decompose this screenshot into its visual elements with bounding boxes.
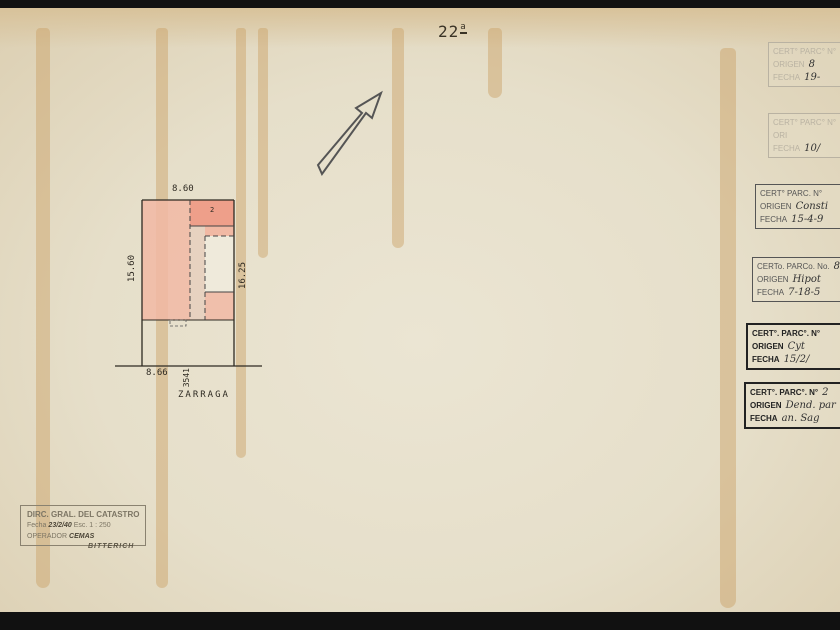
room-label: 2 xyxy=(210,206,214,214)
stamp-fecha-value: 19- xyxy=(804,71,820,84)
stamp-fecha-label: FECHA xyxy=(773,71,800,84)
cert-stamp-6: CERT°. PARC°. N°2 ORIGENDend. par FECHAa… xyxy=(744,382,840,429)
cert-stamp-3: CERT° PARC. N° ORIGENConsti FECHA15-4-9 xyxy=(755,184,840,229)
stamp-origen-label: ORIGEN xyxy=(760,200,792,213)
catastro-fecha-label: Fecha xyxy=(27,522,46,529)
cert-stamp-4: CERTo. PARCo. No.8- ORIGENHipot FECHA7-1… xyxy=(752,257,840,302)
stamp-origen-label: ORIGEN xyxy=(750,399,782,412)
catastro-fecha-value: 23/2/40 xyxy=(48,522,71,529)
stamp-fecha-value: 7-18-5 xyxy=(788,286,820,299)
stamp-fecha-value: 10/ xyxy=(804,142,820,155)
cert-stamp-1: CERT° PARC° N° ORIGEN8 FECHA19- xyxy=(768,42,840,87)
dimension-left: 15.60 xyxy=(127,255,137,282)
stamp-cert-value: 2 xyxy=(822,386,828,399)
stamp-fecha-value: 15/2/ xyxy=(784,353,810,366)
dimension-top: 8.60 xyxy=(172,184,194,194)
stamp-origen-label: ORIGEN xyxy=(757,273,789,286)
stamp-fecha-label: FECHA xyxy=(773,142,800,155)
signature: BITTERICH xyxy=(88,543,134,550)
catastro-stamp: DIRC. GRAL. DEL CATASTRO Fecha 23/2/40 E… xyxy=(20,505,146,546)
cert-stamp-2: CERT° PARC° N° ORI FECHA10/ xyxy=(768,113,840,158)
dimension-bottom: 8.66 xyxy=(146,368,168,378)
north-arrow-icon xyxy=(318,93,381,174)
street-name: ZARRAGA xyxy=(178,390,230,400)
door-number: 3541 xyxy=(182,368,191,387)
catastro-operador-label: OPERADOR xyxy=(27,533,67,540)
stamp-fecha-value: an. Sag xyxy=(782,412,820,425)
stamp-origen-value: Cyt xyxy=(788,340,805,353)
stamp-cert-label: CERTo. PARCo. No. xyxy=(757,260,830,273)
stamp-origen-value: Hipot xyxy=(793,273,821,286)
catastro-title: DIRC. GRAL. DEL CATASTRO xyxy=(27,509,139,520)
stamp-fecha-value: 15-4-9 xyxy=(791,213,823,226)
cert-stamp-5: CERT°. PARC°. N° ORIGENCyt FECHA15/2/ xyxy=(746,323,840,370)
stamp-origen-value: Consti xyxy=(796,200,828,213)
stamp-origen-value: Dend. par xyxy=(786,399,836,412)
stamp-cert-label: CERT° PARC° N° xyxy=(773,116,836,129)
stamp-fecha-label: FECHA xyxy=(757,286,784,299)
catastro-scale: Esc. 1 : 250 xyxy=(74,522,111,529)
stamp-cert-label: CERT°. PARC°. N° xyxy=(752,327,820,340)
stamp-cert-label: CERT° PARC° N° xyxy=(773,45,836,58)
stamp-origen-label: ORIGEN xyxy=(752,340,784,353)
dimension-right: 16.25 xyxy=(238,262,248,289)
stamp-origen-label: ORI xyxy=(773,129,787,142)
stamp-fecha-label: FECHA xyxy=(750,412,778,425)
stamp-origen-value: 8 xyxy=(809,58,815,71)
stamp-fecha-label: FECHA xyxy=(760,213,787,226)
stamp-cert-label: CERT° PARC. N° xyxy=(760,187,822,200)
stamp-cert-label: CERT°. PARC°. N° xyxy=(750,386,818,399)
stamp-cert-value: 8- xyxy=(834,260,840,273)
stamp-fecha-label: FECHA xyxy=(752,353,780,366)
stamp-origen-label: ORIGEN xyxy=(773,58,805,71)
catastro-operador-value: CEMAS xyxy=(69,533,94,540)
